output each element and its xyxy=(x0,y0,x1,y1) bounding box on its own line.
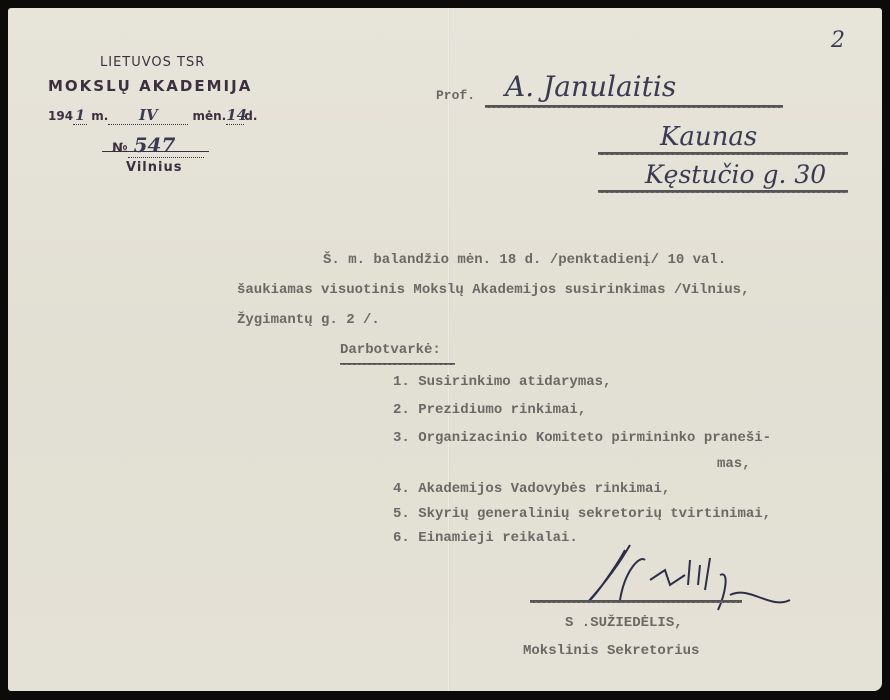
city-line xyxy=(598,152,848,155)
agenda-item-continuation: mas, xyxy=(717,456,751,472)
agenda-item: 5. Skyrių generalinių sekretorių tvirtin… xyxy=(393,506,771,522)
agenda-item: 3. Organizacinio Komiteto pirmininko pra… xyxy=(393,430,771,446)
body-line-1: Š. m. balandžio mėn. 18 d. /penktadienį/… xyxy=(323,252,726,268)
day: 14 xyxy=(226,106,244,125)
addressee-street: Kęstučio g. 30 xyxy=(645,160,826,189)
agenda-title: Darbotvarkė: xyxy=(340,342,441,358)
letterhead-date: 1941 m.IV mėn.14d. xyxy=(48,106,257,125)
signature-line xyxy=(530,600,742,603)
name-line xyxy=(485,105,783,108)
page-number: 2 xyxy=(831,28,845,53)
street-line xyxy=(598,190,848,193)
year-digit: 1 xyxy=(73,108,87,125)
letterhead-number: №547 xyxy=(112,133,204,158)
agenda-item: 1. Susirinkimo atidarymas, xyxy=(393,374,611,390)
d-label: d. xyxy=(244,109,257,123)
letterhead-institution: MOKSLŲ AKADEMIJA xyxy=(48,77,252,95)
body-line-3: Žygimantų g. 2 /. xyxy=(237,312,380,328)
letterhead-country: LIETUVOS TSR xyxy=(100,55,205,70)
agenda-title-underline xyxy=(340,363,455,365)
men-label: mėn. xyxy=(193,109,227,123)
body-line-2: šaukiamas visuotinis Mokslų Akademijos s… xyxy=(237,282,749,298)
year-prefix: 194 xyxy=(48,109,73,123)
addressee-name: A. Janulaitis xyxy=(505,70,676,103)
agenda-item: 2. Prezidiumo rinkimai, xyxy=(393,402,586,418)
signatory-title: Mokslinis Sekretorius xyxy=(523,643,699,659)
month: IV xyxy=(108,106,188,125)
letterhead-city: Vilnius xyxy=(126,160,182,175)
m-label: m. xyxy=(91,109,108,123)
doc-number: 547 xyxy=(128,133,204,158)
agenda-item: 6. Einamieji reikalai. xyxy=(393,530,578,546)
no-label: № xyxy=(112,141,128,156)
signatory-name: S .SUŽIEDĖLIS, xyxy=(565,615,683,631)
paper-fold xyxy=(448,8,450,691)
number-underline xyxy=(102,151,209,152)
agenda-item: 4. Akademijos Vadovybės rinkimai, xyxy=(393,481,670,497)
addressee-city: Kaunas xyxy=(660,122,757,152)
addressee-prefix: Prof. xyxy=(436,88,475,103)
